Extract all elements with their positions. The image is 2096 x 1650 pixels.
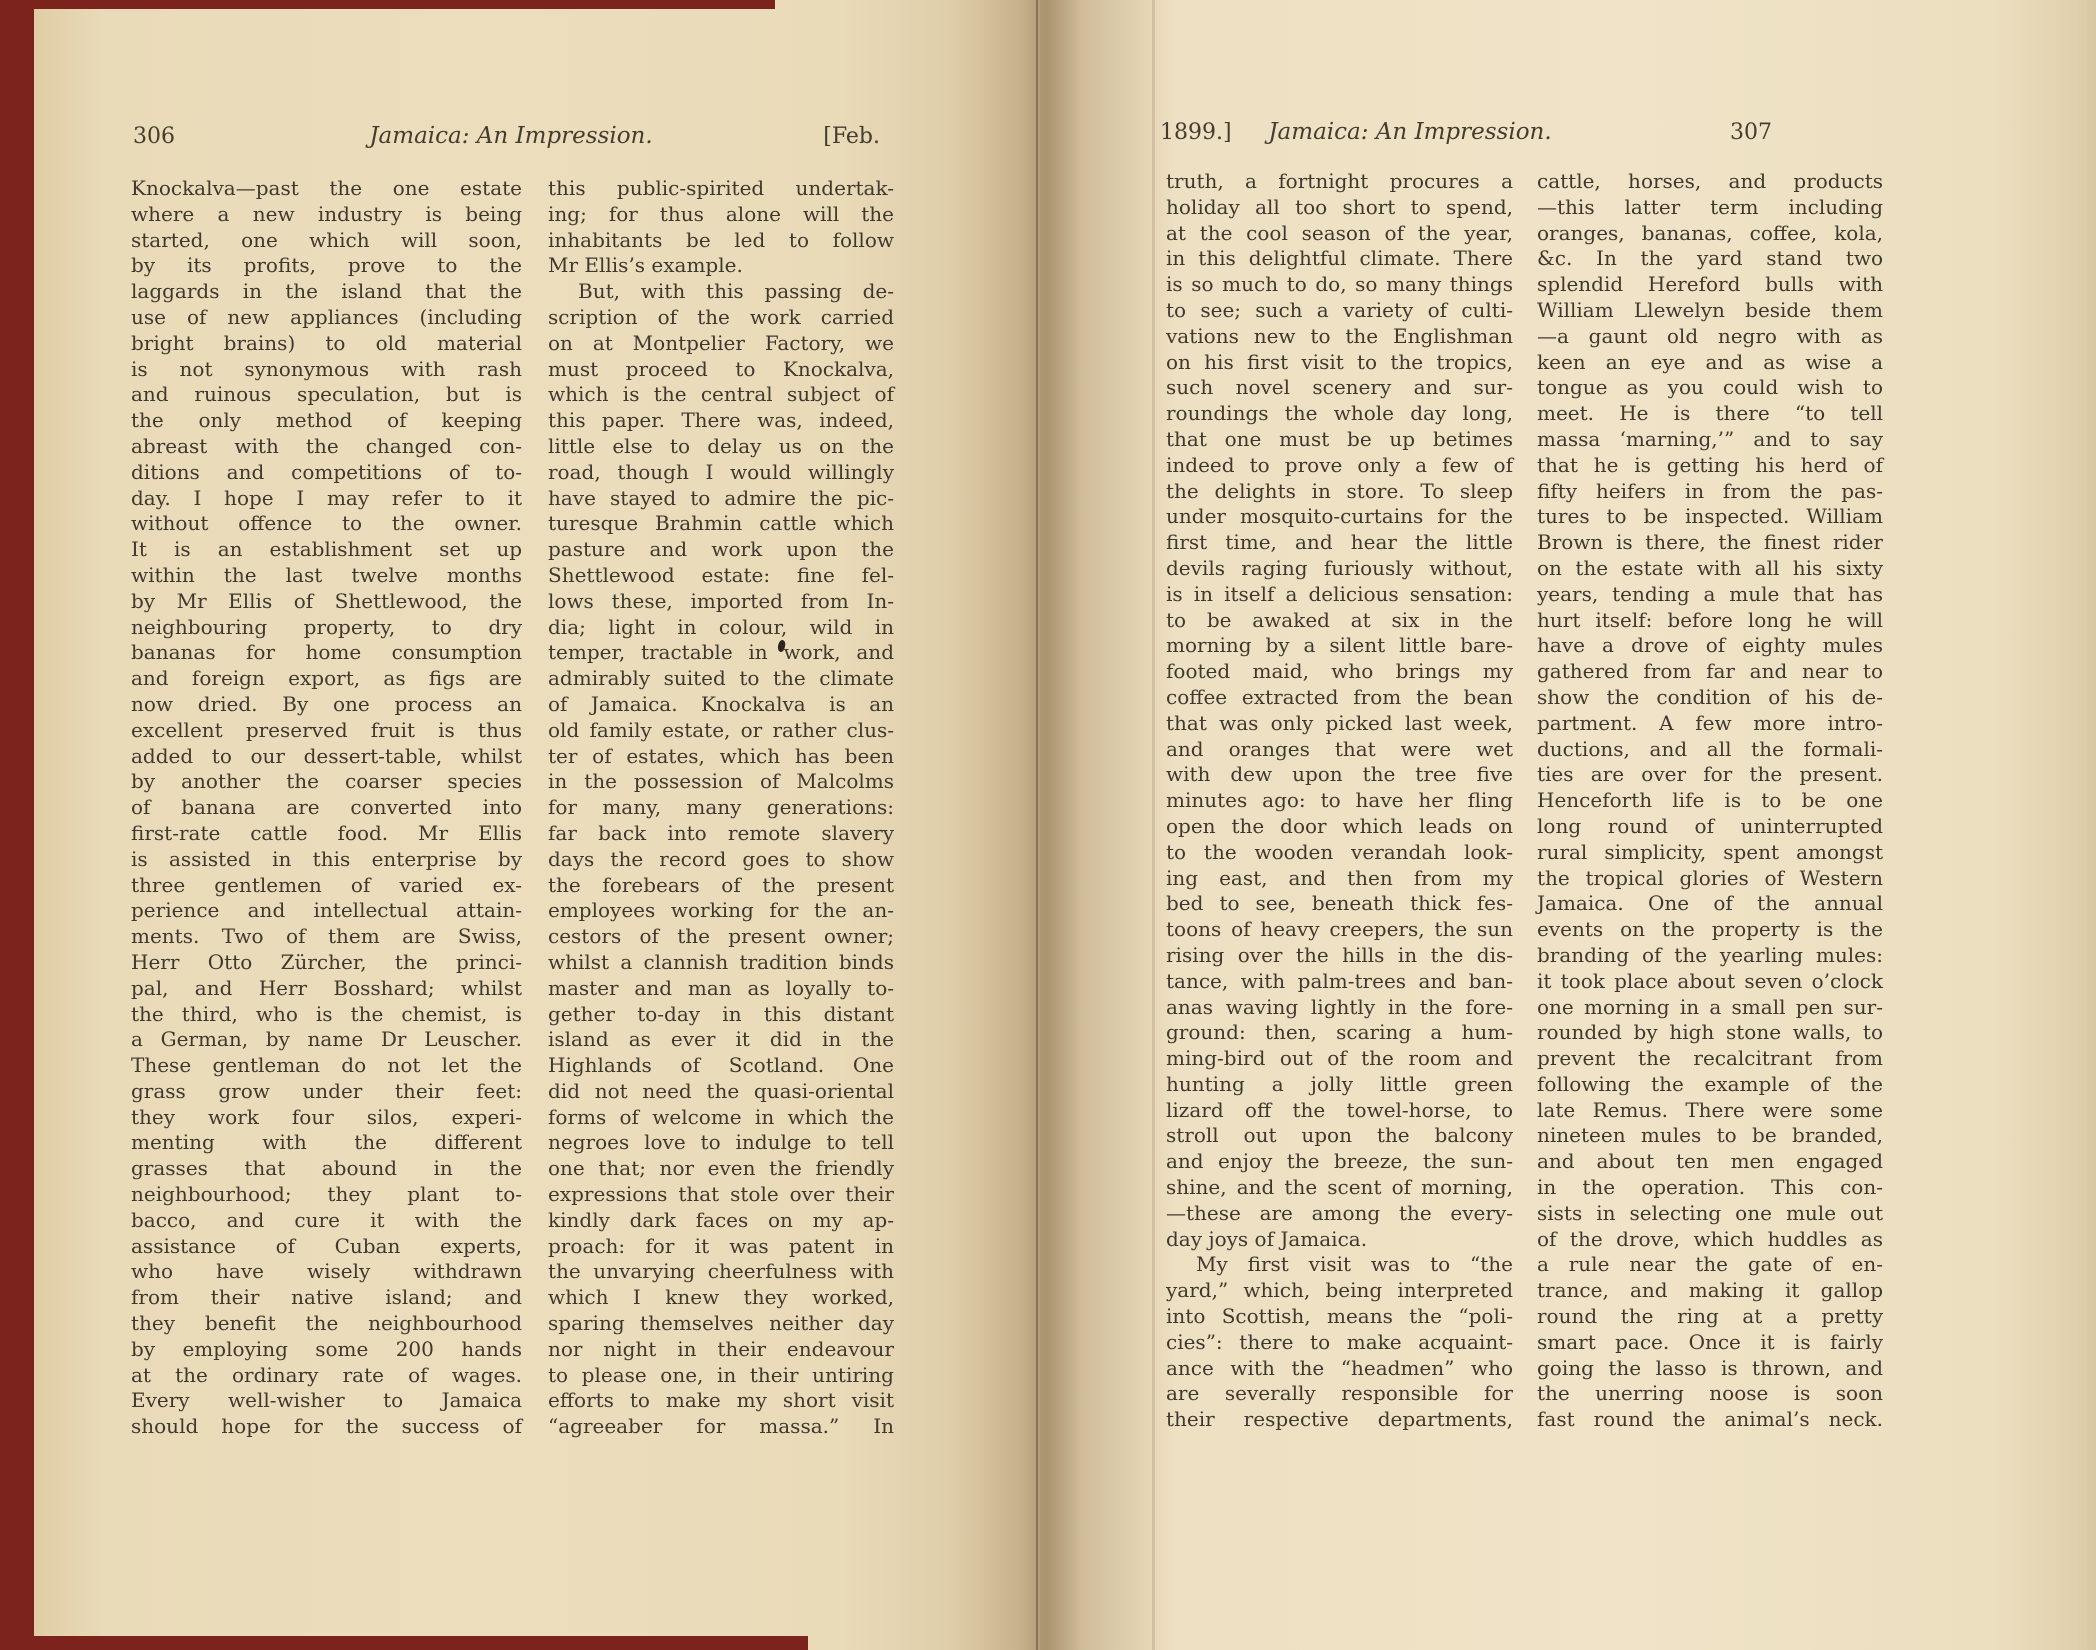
text-line: ing; for thus alone will the — [548, 202, 894, 228]
text-line: such novel scenery and sur- — [1166, 375, 1513, 401]
text-line: toons of heavy creepers, the sun — [1166, 917, 1513, 943]
text-line: fast round the animal’s neck. — [1537, 1407, 1883, 1433]
text-line: island as ever it did in the — [548, 1027, 894, 1053]
text-line: the tropical glories of Western — [1537, 866, 1883, 892]
text-line: negroes love to indulge to tell — [548, 1130, 894, 1156]
text-line: and foreign export, as figs are — [131, 666, 522, 692]
text-line: bananas for home consumption — [131, 640, 522, 666]
text-line: the third, who is the chemist, is — [131, 1002, 522, 1028]
text-line: kindly dark faces on my ap- — [548, 1208, 894, 1234]
text-line: they benefit the neighbourhood — [131, 1311, 522, 1337]
text-line: the unerring noose is soon — [1537, 1381, 1883, 1407]
text-line: smart pace. Once it is fairly — [1537, 1330, 1883, 1356]
text-line: rural simplicity, spent amongst — [1537, 840, 1883, 866]
text-line: employees working for the an- — [548, 898, 894, 924]
text-line: by its profits, prove to the — [131, 253, 522, 279]
text-line: holiday all too short to spend, — [1166, 195, 1513, 221]
text-line: anas waving lightly in the fore- — [1166, 995, 1513, 1021]
text-line: is not synonymous with rash — [131, 357, 522, 383]
text-line: by Mr Ellis of Shettlewood, the — [131, 589, 522, 615]
book-scan: 306 Jamaica: An Impression. [Feb. Knocka… — [0, 0, 2096, 1650]
text-line: open the door which leads on — [1166, 814, 1513, 840]
text-line: tongue as you could wish to — [1537, 375, 1883, 401]
text-line: where a new industry is being — [131, 202, 522, 228]
text-line: sparing themselves neither day — [548, 1311, 894, 1337]
text-line: ties are over for the present. — [1537, 762, 1883, 788]
text-line: events on the property is the — [1537, 917, 1883, 943]
page-crease-line — [1036, 0, 1038, 1650]
text-line: this paper. There was, indeed, — [548, 408, 894, 434]
text-line: their respective departments, — [1166, 1407, 1513, 1433]
text-line: have stayed to admire the pic- — [548, 486, 894, 512]
text-line: for many, many generations: — [548, 795, 894, 821]
text-line: Shettlewood estate: fine fel- — [548, 563, 894, 589]
text-line: menting with the different — [131, 1130, 522, 1156]
text-line: shine, and the scent of morning, — [1166, 1175, 1513, 1201]
text-line: at the cool season of the year, — [1166, 221, 1513, 247]
text-line: they work four silos, experi- — [131, 1105, 522, 1131]
text-line: is in itself a delicious sensation: — [1166, 582, 1513, 608]
text-line: one that; nor even the friendly — [548, 1156, 894, 1182]
text-line: Jamaica. One of the annual — [1537, 891, 1883, 917]
text-line: But, with this passing de- — [548, 279, 894, 305]
text-line: Mr Ellis’s example. — [548, 253, 894, 279]
text-line: master and man as loyally to- — [548, 976, 894, 1002]
binding-edge-bottom — [0, 1636, 808, 1650]
text-line: hunting a jolly little green — [1166, 1072, 1513, 1098]
text-line: which I knew they worked, — [548, 1285, 894, 1311]
text-line: now dried. By one process an — [131, 692, 522, 718]
text-line: gathered from far and near to — [1537, 659, 1883, 685]
text-line: assistance of Cuban experts, — [131, 1234, 522, 1260]
text-line: —a gaunt old negro with as — [1537, 324, 1883, 350]
text-line: —these are among the every- — [1166, 1201, 1513, 1227]
text-line: one morning in a small pen sur- — [1537, 995, 1883, 1021]
text-line: little else to delay us on the — [548, 434, 894, 460]
text-line: meet. He is there “to tell — [1537, 401, 1883, 427]
text-line: keen an eye and as wise a — [1537, 350, 1883, 376]
text-line: splendid Hereford bulls with — [1537, 272, 1883, 298]
text-line: is assisted in this enterprise by — [131, 847, 522, 873]
text-line: It is an establishment set up — [131, 537, 522, 563]
binding-edge-top — [0, 0, 775, 9]
page-306-folio: 306 — [133, 124, 175, 149]
text-line: turesque Brahmin cattle which — [548, 511, 894, 537]
text-line: cies”: there to make acquaint- — [1166, 1330, 1513, 1356]
text-line: pasture and work upon the — [548, 537, 894, 563]
text-line: of Jamaica. Knockalva is an — [548, 692, 894, 718]
text-line: ing east, and then from my — [1166, 866, 1513, 892]
page-307-date-mark: 1899.] — [1160, 120, 1232, 145]
text-line: tures to be inspected. William — [1537, 504, 1883, 530]
text-line: three gentlemen of varied ex- — [131, 873, 522, 899]
text-line: of banana are converted into — [131, 795, 522, 821]
text-line: of the drove, which huddles as — [1537, 1227, 1883, 1253]
text-line: minutes ago: to have her fling — [1166, 788, 1513, 814]
text-line: day. I hope I may refer to it — [131, 486, 522, 512]
text-line: far back into remote slavery — [548, 821, 894, 847]
page-307-column-2: cattle, horses, and products—this latter… — [1537, 169, 1883, 1433]
text-line: on at Montpelier Factory, we — [548, 331, 894, 357]
text-line: first-rate cattle food. Mr Ellis — [131, 821, 522, 847]
text-line: and oranges that were wet — [1166, 737, 1513, 763]
text-line: to the wooden verandah look- — [1166, 840, 1513, 866]
text-line: long round of uninterrupted — [1537, 814, 1883, 840]
text-line: bacco, and cure it with the — [131, 1208, 522, 1234]
text-line: round the ring at a pretty — [1537, 1304, 1883, 1330]
page-307-column-1: truth, a fortnight procures aholiday all… — [1166, 169, 1513, 1433]
text-line: cattle, horses, and products — [1537, 169, 1883, 195]
text-line: coffee extracted from the bean — [1166, 685, 1513, 711]
text-line: old family estate, or rather clus- — [548, 718, 894, 744]
text-line: scription of the work carried — [548, 305, 894, 331]
text-line: hurt itself: before long he will — [1537, 608, 1883, 634]
text-line: lizard off the towel-horse, to — [1166, 1098, 1513, 1124]
page-306-column-1: Knockalva—past the one estatewhere a new… — [131, 176, 522, 1440]
text-line: neighbouring property, to dry — [131, 615, 522, 641]
text-line: admirably suited to the climate — [548, 666, 894, 692]
text-line: show the condition of his de- — [1537, 685, 1883, 711]
text-line: to be awaked at six in the — [1166, 608, 1513, 634]
text-line: inhabitants be led to follow — [548, 228, 894, 254]
text-line: ance with the “headmen” who — [1166, 1356, 1513, 1382]
text-line: which is the central subject of — [548, 382, 894, 408]
text-line: without offence to the owner. — [131, 511, 522, 537]
text-line: fifty heifers in from the pas- — [1537, 479, 1883, 505]
text-line: and ruinous speculation, but is — [131, 382, 522, 408]
text-line: massa ‘marning,’” and to say — [1537, 427, 1883, 453]
page-306-running-title: Jamaica: An Impression. — [369, 123, 652, 149]
text-line: cestors of the present owner; — [548, 924, 894, 950]
text-line: &c. In the yard stand two — [1537, 246, 1883, 272]
text-line: expressions that stole over their — [548, 1182, 894, 1208]
text-line: and about ten men engaged — [1537, 1149, 1883, 1175]
text-line: by employing some 200 hands — [131, 1337, 522, 1363]
text-line: Knockalva—past the one estate — [131, 176, 522, 202]
text-line: that one must be up betimes — [1166, 427, 1513, 453]
text-line: —this latter term including — [1537, 195, 1883, 221]
text-line: first time, and hear the little — [1166, 530, 1513, 556]
page-306-column-2: this public-spirited undertak-ing; for t… — [548, 176, 894, 1440]
text-line: should hope for the success of — [131, 1414, 522, 1440]
text-line: grass grow under their feet: — [131, 1079, 522, 1105]
text-line: truth, a fortnight procures a — [1166, 169, 1513, 195]
text-line: neighbourhood; they plant to- — [131, 1182, 522, 1208]
text-line: the delights in store. To sleep — [1166, 479, 1513, 505]
text-line: abreast with the changed con- — [131, 434, 522, 460]
text-line: at the ordinary rate of wages. — [131, 1363, 522, 1389]
text-line: is so much to do, so many things — [1166, 272, 1513, 298]
text-line: forms of welcome in which the — [548, 1105, 894, 1131]
text-line: perience and intellectual attain- — [131, 898, 522, 924]
text-line: days the record goes to show — [548, 847, 894, 873]
text-line: stroll out upon the balcony — [1166, 1123, 1513, 1149]
text-line: efforts to make my short visit — [548, 1388, 894, 1414]
text-line: oranges, bananas, coffee, kola, — [1537, 221, 1883, 247]
text-line: Herr Otto Zürcher, the princi- — [131, 950, 522, 976]
text-line: “agreeaber for massa.” In — [548, 1414, 894, 1440]
text-line: pal, and Herr Bosshard; whilst — [131, 976, 522, 1002]
text-line: in the operation. This con- — [1537, 1175, 1883, 1201]
text-line: ments. Two of them are Swiss, — [131, 924, 522, 950]
text-line: bed to see, beneath thick fes- — [1166, 891, 1513, 917]
text-line: gether to-day in this distant — [548, 1002, 894, 1028]
text-line: into Scottish, means the “poli- — [1166, 1304, 1513, 1330]
text-line: nor night in their endeavour — [548, 1337, 894, 1363]
text-line: are severally responsible for — [1166, 1381, 1513, 1407]
text-line: dia; light in colour, wild in — [548, 615, 894, 641]
text-line: in the possession of Malcolms — [548, 769, 894, 795]
text-line: nineteen mules to be branded, — [1537, 1123, 1883, 1149]
text-line: must proceed to Knockalva, — [548, 357, 894, 383]
text-line: prevent the recalcitrant from — [1537, 1046, 1883, 1072]
gutter-shadow — [948, 0, 1172, 1650]
text-line: started, one which will soon, — [131, 228, 522, 254]
binding-edge-left — [0, 0, 34, 1650]
text-line: Highlands of Scotland. One — [548, 1053, 894, 1079]
text-line: day joys of Jamaica. — [1166, 1227, 1513, 1253]
text-line: the unvarying cheerfulness with — [548, 1259, 894, 1285]
text-line: going the lasso is thrown, and — [1537, 1356, 1883, 1382]
text-line: on his first visit to the tropics, — [1166, 350, 1513, 376]
text-line: footed maid, who brings my — [1166, 659, 1513, 685]
text-line: whilst a clannish tradition binds — [548, 950, 894, 976]
text-line: from their native island; and — [131, 1285, 522, 1311]
text-line: grasses that abound in the — [131, 1156, 522, 1182]
text-line: that he is getting his herd of — [1537, 453, 1883, 479]
text-line: sists in selecting one mule out — [1537, 1201, 1883, 1227]
text-line: late Remus. There were some — [1537, 1098, 1883, 1124]
text-line: rounded by high stone walls, to — [1537, 1020, 1883, 1046]
text-line: yard,” which, being interpreted — [1166, 1278, 1513, 1304]
text-line: it took place about seven o’clock — [1537, 969, 1883, 995]
text-line: this public-spirited undertak- — [548, 176, 894, 202]
text-line: within the last twelve months — [131, 563, 522, 589]
text-line: ductions, and all the formali- — [1537, 737, 1883, 763]
text-line: indeed to prove only a few of — [1166, 453, 1513, 479]
text-line: ming-bird out of the room and — [1166, 1046, 1513, 1072]
text-line: tance, with palm-trees and ban- — [1166, 969, 1513, 995]
text-line: who have wisely withdrawn — [131, 1259, 522, 1285]
text-line: following the example of the — [1537, 1072, 1883, 1098]
text-line: My first visit was to “the — [1166, 1252, 1513, 1278]
text-line: These gentleman do not let the — [131, 1053, 522, 1079]
text-line: and enjoy the breeze, the sun- — [1166, 1149, 1513, 1175]
text-line: with dew upon the tree five — [1166, 762, 1513, 788]
page-307-folio: 307 — [1730, 120, 1772, 145]
text-line: ter of estates, which has been — [548, 744, 894, 770]
text-line: lows these, imported from In- — [548, 589, 894, 615]
text-line: Brown is there, the finest rider — [1537, 530, 1883, 556]
text-line: Henceforth life is to be one — [1537, 788, 1883, 814]
text-line: temper, tractable in work, and — [548, 640, 894, 666]
text-line: by another the coarser species — [131, 769, 522, 795]
page-edge-line — [1152, 0, 1155, 1650]
text-line: road, though I would willingly — [548, 460, 894, 486]
text-line: rising over the hills in the dis- — [1166, 943, 1513, 969]
text-line: years, tending a mule that has — [1537, 582, 1883, 608]
text-line: vations new to the Englishman — [1166, 324, 1513, 350]
text-line: a German, by name Dr Leuscher. — [131, 1027, 522, 1053]
text-line: William Llewelyn beside them — [1537, 298, 1883, 324]
text-line: added to our dessert-table, whilst — [131, 744, 522, 770]
text-line: excellent preserved fruit is thus — [131, 718, 522, 744]
text-line: the only method of keeping — [131, 408, 522, 434]
text-line: ground: then, scaring a hum- — [1166, 1020, 1513, 1046]
text-line: on the estate with all his sixty — [1537, 556, 1883, 582]
text-line: in this delightful climate. There — [1166, 246, 1513, 272]
text-line: proach: for it was patent in — [548, 1234, 894, 1260]
text-line: roundings the whole day long, — [1166, 401, 1513, 427]
text-line: bright brains) to old material — [131, 331, 522, 357]
text-line: under mosquito-curtains for the — [1166, 504, 1513, 530]
text-line: did not need the quasi-oriental — [548, 1079, 894, 1105]
text-line: branding of the yearling mules: — [1537, 943, 1883, 969]
text-line: to see; such a variety of culti- — [1166, 298, 1513, 324]
page-307-running-title: Jamaica: An Impression. — [1268, 119, 1551, 145]
text-line: Every well-wisher to Jamaica — [131, 1388, 522, 1414]
text-line: morning by a silent little bare- — [1166, 633, 1513, 659]
text-line: devils raging furiously without, — [1166, 556, 1513, 582]
text-line: laggards in the island that the — [131, 279, 522, 305]
text-line: a rule near the gate of en- — [1537, 1252, 1883, 1278]
page-306-date-mark: [Feb. — [823, 124, 880, 149]
text-line: have a drove of eighty mules — [1537, 633, 1883, 659]
text-line: to please one, in their untiring — [548, 1363, 894, 1389]
text-line: ditions and competitions of to- — [131, 460, 522, 486]
text-line: the forebears of the present — [548, 873, 894, 899]
text-line: use of new appliances (including — [131, 305, 522, 331]
text-line: partment. A few more intro- — [1537, 711, 1883, 737]
text-line: that was only picked last week, — [1166, 711, 1513, 737]
text-line: trance, and making it gallop — [1537, 1278, 1883, 1304]
